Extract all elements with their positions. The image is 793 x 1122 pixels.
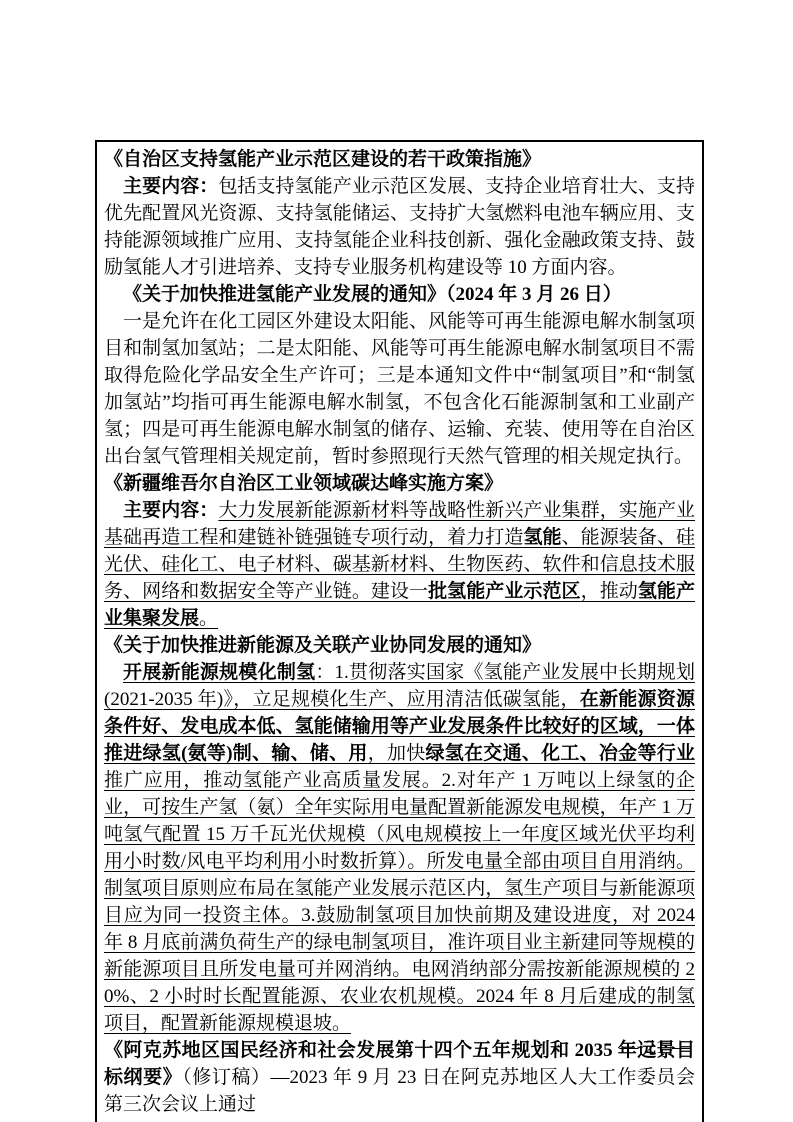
text-run: 《关于加快推进新能源及关联产业协同发展的通知》 (104, 635, 541, 656)
section-aksu-five-year-plan-body: 《阿克苏地区国民经济和社会发展第十四个五年规划和 2035 年远景目标纲要》（修… (104, 1037, 695, 1118)
section-carbon-peak-plan-heading: 《新疆维吾尔自治区工业领域碳达峰实施方案》 (104, 470, 695, 497)
text-run: ，加快 (368, 743, 426, 764)
page-number: — 21 — (620, 1037, 693, 1059)
section-new-energy-synergy-notice-heading: 《关于加快推进新能源及关联产业协同发展的通知》 (104, 632, 695, 659)
text-run: ，推动 (581, 581, 638, 602)
section-carbon-peak-plan: 《新疆维吾尔自治区工业领域碳达峰实施方案》主要内容：大力发展新能源新材料等战略性… (104, 470, 695, 632)
section-aksu-five-year-plan: 《阿克苏地区国民经济和社会发展第十四个五年规划和 2035 年远景目标纲要》（修… (104, 1037, 695, 1118)
section-hydrogen-industry-notice-heading: 《关于加快推进氢能产业发展的通知》（2024 年 3 月 26 日） (104, 281, 695, 308)
section-hydrogen-industry-notice-body: 一是允许在化工园区外建设太阳能、风能等可再生能源电解水制氢项目和制氢加氢站；二是… (104, 308, 695, 470)
text-run: 氢能 (523, 527, 561, 548)
text-run: （修订稿）—2023 年 9 月 23 日在阿克苏地区人大工作委员会第三次会议上… (104, 1067, 695, 1115)
text-run: 《关于加快推进氢能产业发展的通知》（2024 年 3 月 26 日） (123, 284, 622, 305)
text-run: 绿氢在交通、化工、冶金等行业 (426, 743, 696, 764)
section-policy-measures: 《自治区支持氢能产业示范区建设的若干政策指施》主要内容：包括支持氢能产业示范区发… (104, 146, 695, 281)
document-page: 《自治区支持氢能产业示范区建设的若干政策指施》主要内容：包括支持氢能产业示范区发… (0, 0, 793, 1122)
section-policy-measures-heading: 《自治区支持氢能产业示范区建设的若干政策指施》 (104, 146, 695, 173)
text-run: 推广应用，推动氢能产业高质量发展。2.对年产 1 万吨以上绿氢的企业，可按生产氢… (104, 770, 695, 1034)
section-new-energy-synergy-notice: 《关于加快推进新能源及关联产业协同发展的通知》开展新能源规模化制氢：1.贯彻落实… (104, 632, 695, 1037)
text-run: 。 (199, 608, 218, 629)
text-run: 《自治区支持氢能产业示范区建设的若干政策指施》 (104, 149, 541, 170)
text-run: 主要内容： (123, 176, 218, 197)
policy-content-box: 《自治区支持氢能产业示范区建设的若干政策指施》主要内容：包括支持氢能产业示范区发… (95, 140, 704, 1122)
section-carbon-peak-plan-body: 主要内容：大力发展新能源新材料等战略性新兴产业集群，实施产业基础再造工程和建链补… (104, 497, 695, 632)
text-run: 开展新能源规模化制氢 (123, 662, 315, 683)
section-hydrogen-industry-notice: 《关于加快推进氢能产业发展的通知》（2024 年 3 月 26 日）一是允许在化… (104, 281, 695, 470)
text-run: 主要内容： (123, 500, 218, 521)
text-run: 《新疆维吾尔自治区工业领域碳达峰实施方案》 (104, 473, 503, 494)
text-run: 一是允许在化工园区外建设太阳能、风能等可再生能源电解水制氢项目和制氢加氢站；二是… (104, 311, 695, 467)
section-new-energy-synergy-notice-body: 开展新能源规模化制氢：1.贯彻落实国家《氢能产业发展中长期规划(2021-203… (104, 659, 695, 1037)
section-policy-measures-body: 主要内容：包括支持氢能产业示范区发展、支持企业培育壮大、支持优先配置风光资源、支… (104, 173, 695, 281)
text-run: 批氢能产业示范区 (428, 581, 581, 602)
